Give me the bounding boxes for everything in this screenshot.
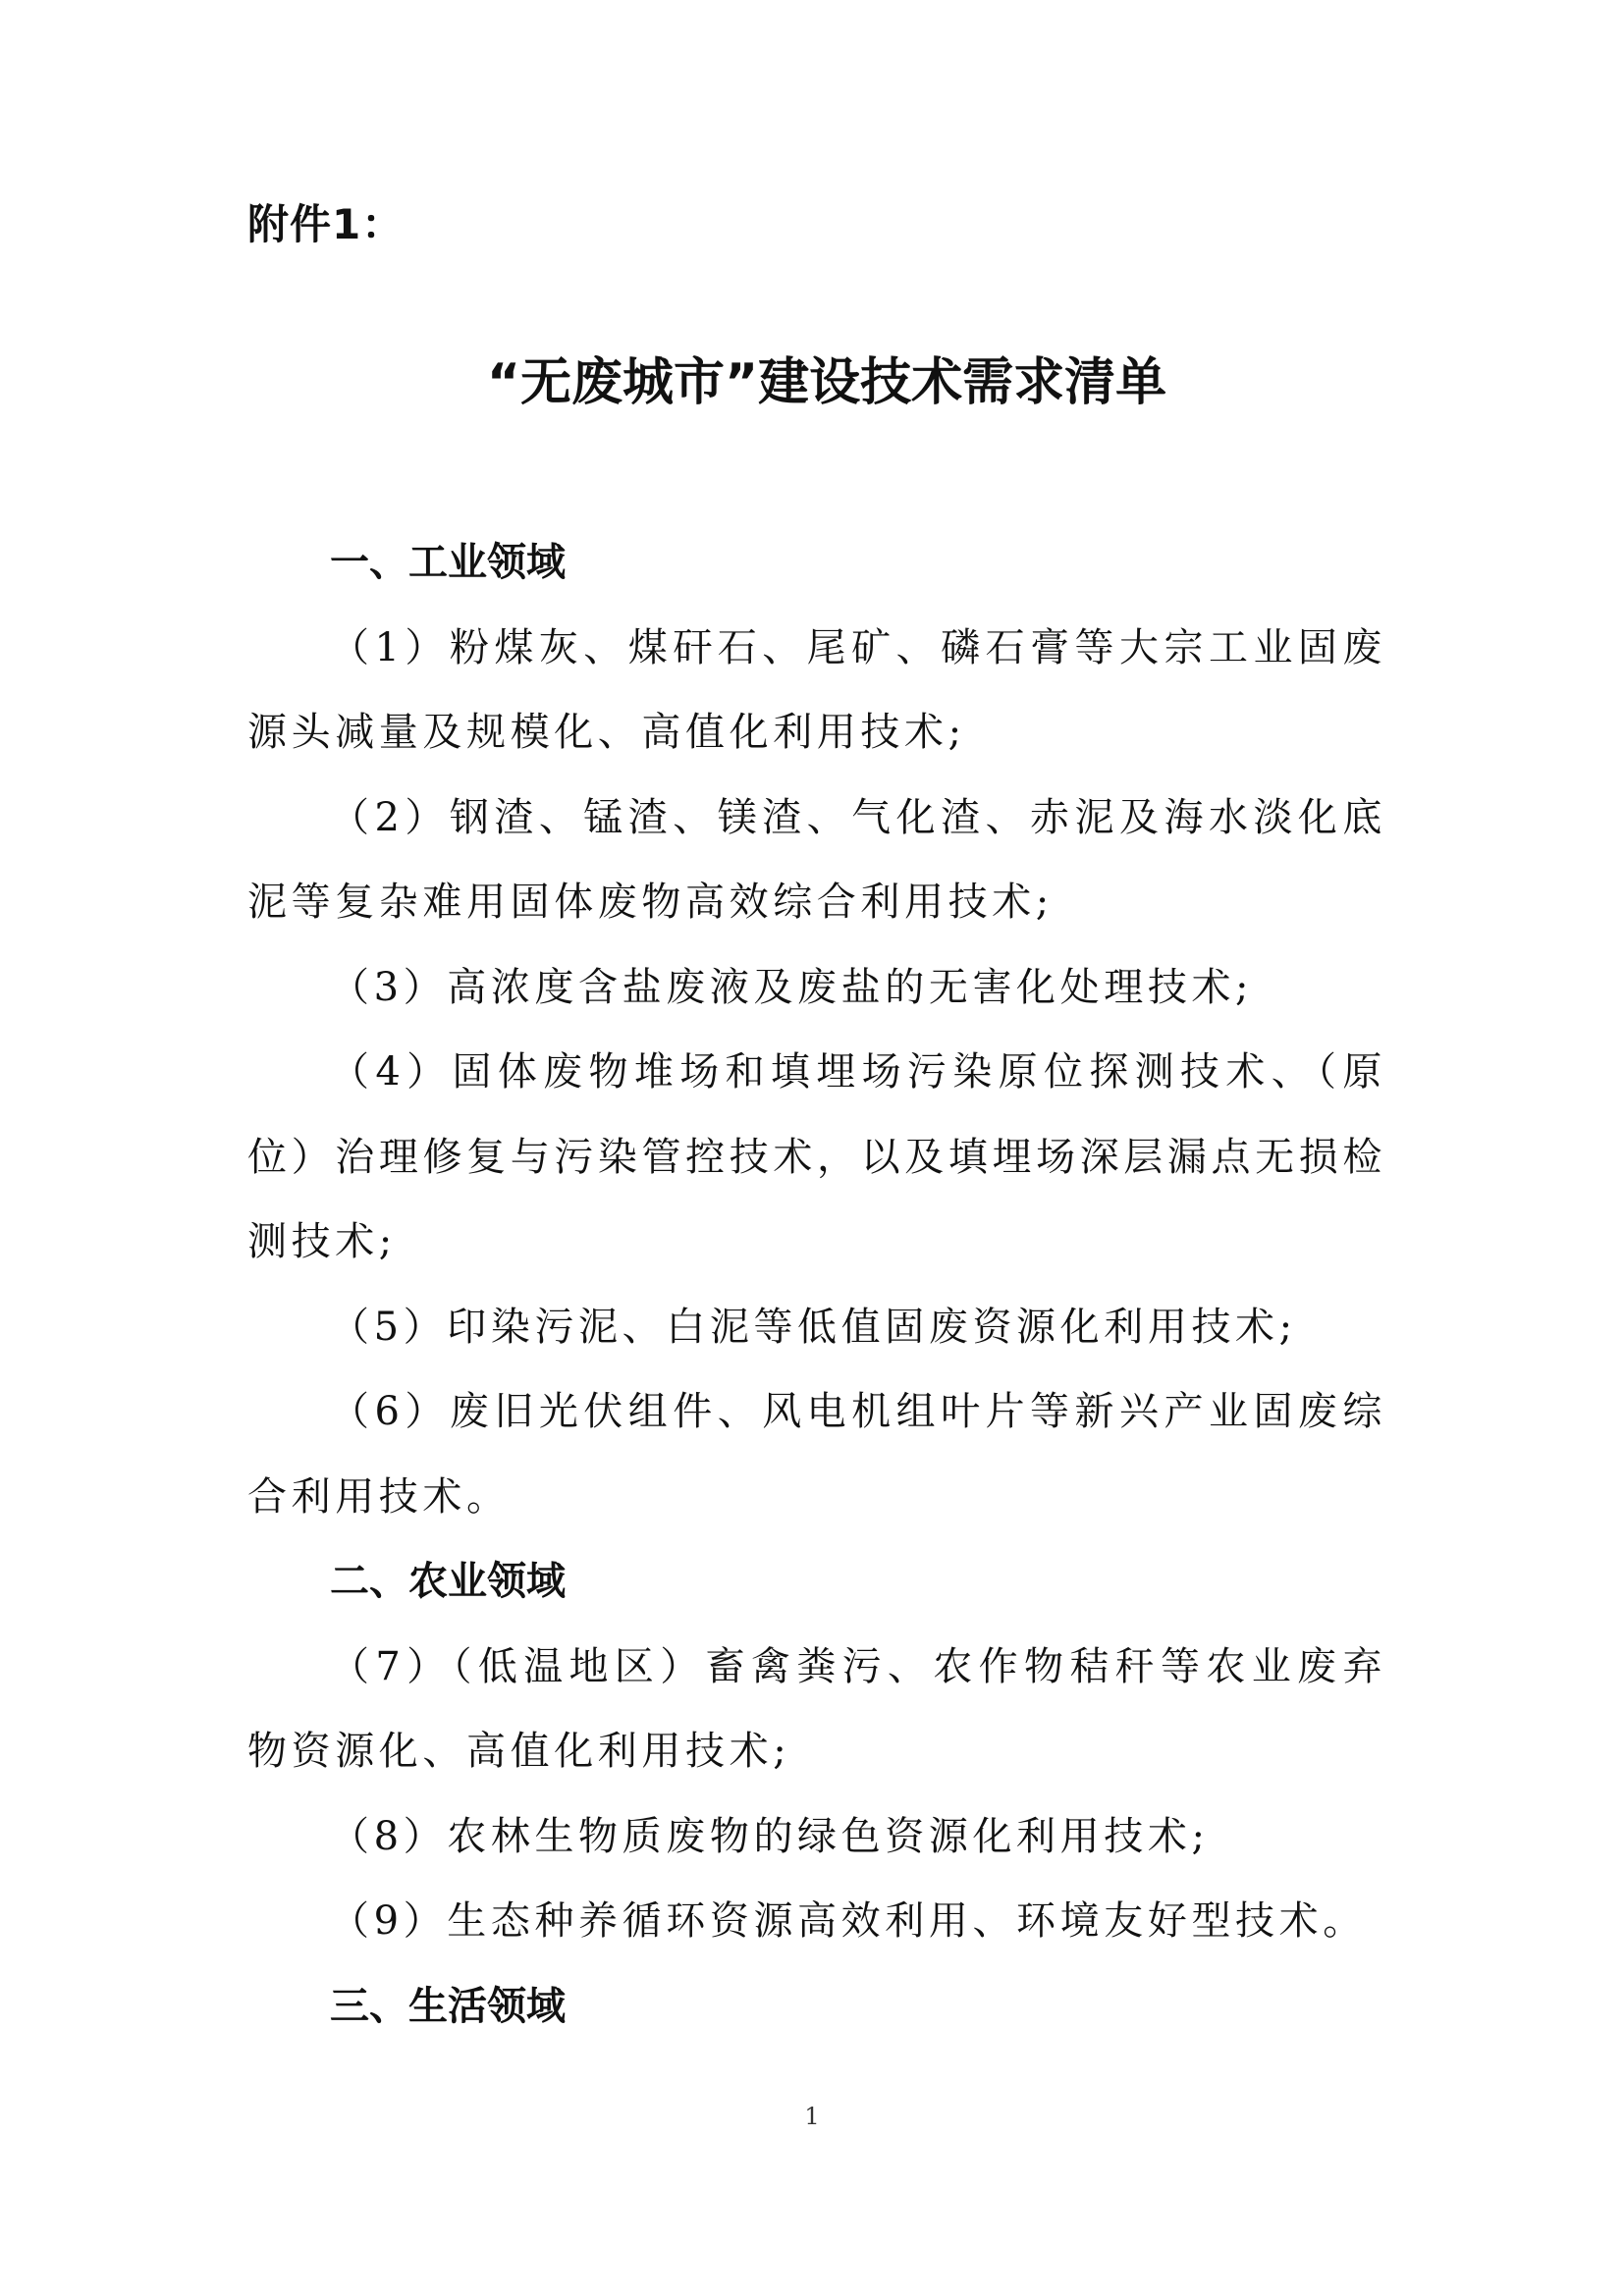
section-industrial: 一、工业领域 （1）粉煤灰、煤矸石、尾矿、磷石膏等大宗工业固废源头减量及规模化、… — [247, 520, 1386, 1539]
document-title: “无废城市”建设技术需求清单 — [0, 351, 1624, 414]
page-number: 1 — [0, 2103, 1624, 2130]
list-item: （5）印染污泥、白泥等低值固废资源化利用技术; — [247, 1285, 1386, 1370]
list-item: （2）钢渣、锰渣、镁渣、气化渣、赤泥及海水淡化底泥等复杂难用固体废物高效综合利用… — [247, 775, 1386, 945]
section-agricultural: 二、农业领域 （7）（低温地区）畜禽粪污、农作物秸秆等农业废弃物资源化、高值化利… — [247, 1539, 1386, 1964]
section-heading: 一、工业领域 — [247, 520, 1386, 606]
attachment-label: 附件1： — [247, 200, 404, 249]
list-item: （3）高浓度含盐废液及废盐的无害化处理技术; — [247, 945, 1386, 1031]
list-item: （6）废旧光伏组件、风电机组叶片等新兴产业固废综合利用技术。 — [247, 1369, 1386, 1539]
section-domestic: 三、生活领域 — [247, 1964, 1386, 2050]
section-heading: 二、农业领域 — [247, 1539, 1386, 1625]
document-body: 一、工业领域 （1）粉煤灰、煤矸石、尾矿、磷石膏等大宗工业固废源头减量及规模化、… — [247, 520, 1386, 2049]
list-item: （8）农林生物质废物的绿色资源化利用技术; — [247, 1794, 1386, 1880]
list-item: （1）粉煤灰、煤矸石、尾矿、磷石膏等大宗工业固废源头减量及规模化、高值化利用技术… — [247, 606, 1386, 775]
document-page: 附件1： “无废城市”建设技术需求清单 一、工业领域 （1）粉煤灰、煤矸石、尾矿… — [0, 0, 1624, 2296]
list-item: （9）生态种养循环资源高效利用、环境友好型技术。 — [247, 1879, 1386, 1964]
list-item: （4）固体废物堆场和填埋场污染原位探测技术、（原位）治理修复与污染管控技术，以及… — [247, 1030, 1386, 1285]
section-heading: 三、生活领域 — [247, 1964, 1386, 2050]
list-item: （7）（低温地区）畜禽粪污、农作物秸秆等农业废弃物资源化、高值化利用技术; — [247, 1625, 1386, 1794]
